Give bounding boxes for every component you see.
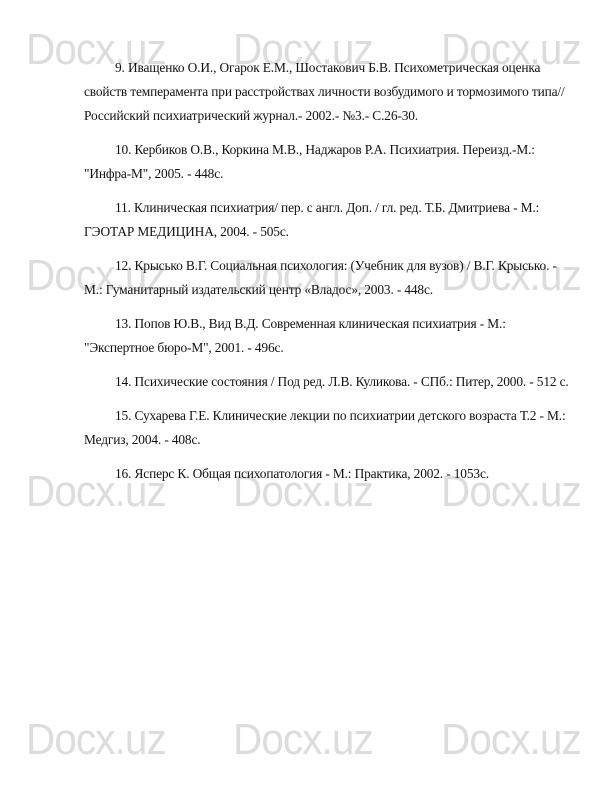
reference-item: 16. Ясперс К. Общая психопатология - М.:… bbox=[84, 462, 576, 486]
watermark-row: Docx.uz Docx.uz Docx.uz bbox=[0, 720, 612, 760]
reference-item: 10. Кербиков О.В., Коркина М.В., Наджаро… bbox=[84, 138, 576, 186]
reference-item: 9. Иващенко О.И., Огарок Е.М., Шостакови… bbox=[84, 56, 576, 128]
reference-text: Психические состояния / Под ред. Л.В. Ку… bbox=[135, 374, 569, 389]
reference-number: 11. bbox=[115, 200, 131, 215]
document-page: Docx.uz Docx.uz Docx.uz Docx.uz Docx.uz … bbox=[0, 0, 612, 792]
reference-number: 16. bbox=[115, 466, 131, 481]
watermark: Docx.uz bbox=[441, 720, 581, 760]
reference-item: 13. Попов Ю.В., Вид В.Д. Современная кли… bbox=[84, 312, 576, 360]
reference-text: Кербиков О.В., Коркина М.В., Наджаров Р.… bbox=[84, 142, 535, 181]
reference-text: Ясперс К. Общая психопатология - М.: Пра… bbox=[135, 466, 489, 481]
reference-text: Крысько В.Г. Социальная психология: (Уче… bbox=[84, 258, 557, 297]
reference-text: Иващенко О.И., Огарок Е.М., Шостакович Б… bbox=[84, 60, 565, 123]
reference-item: 15. Сухарева Г.Е. Клинические лекции по … bbox=[84, 404, 576, 452]
reference-item: 14. Психические состояния / Под ред. Л.В… bbox=[84, 370, 576, 394]
reference-number: 13. bbox=[115, 316, 131, 331]
reference-number: 14. bbox=[115, 374, 131, 389]
reference-text: Сухарева Г.Е. Клинические лекции по псих… bbox=[84, 408, 566, 447]
reference-text: Попов Ю.В., Вид В.Д. Современная клиниче… bbox=[84, 316, 506, 355]
reference-number: 10. bbox=[115, 142, 131, 157]
reference-number: 15. bbox=[115, 408, 131, 423]
reference-number: 9. bbox=[115, 60, 125, 75]
reference-item: 11. Клиническая психиатрия/ пер. с англ.… bbox=[84, 196, 576, 244]
reference-number: 12. bbox=[115, 258, 131, 273]
reference-item: 12. Крысько В.Г. Социальная психология: … bbox=[84, 254, 576, 302]
watermark: Docx.uz bbox=[233, 720, 373, 760]
watermark: Docx.uz bbox=[26, 720, 166, 760]
reference-text: Клиническая психиатрия/ пер. с англ. Доп… bbox=[84, 200, 539, 239]
reference-list: 9. Иващенко О.И., Огарок Е.М., Шостакови… bbox=[84, 56, 576, 496]
